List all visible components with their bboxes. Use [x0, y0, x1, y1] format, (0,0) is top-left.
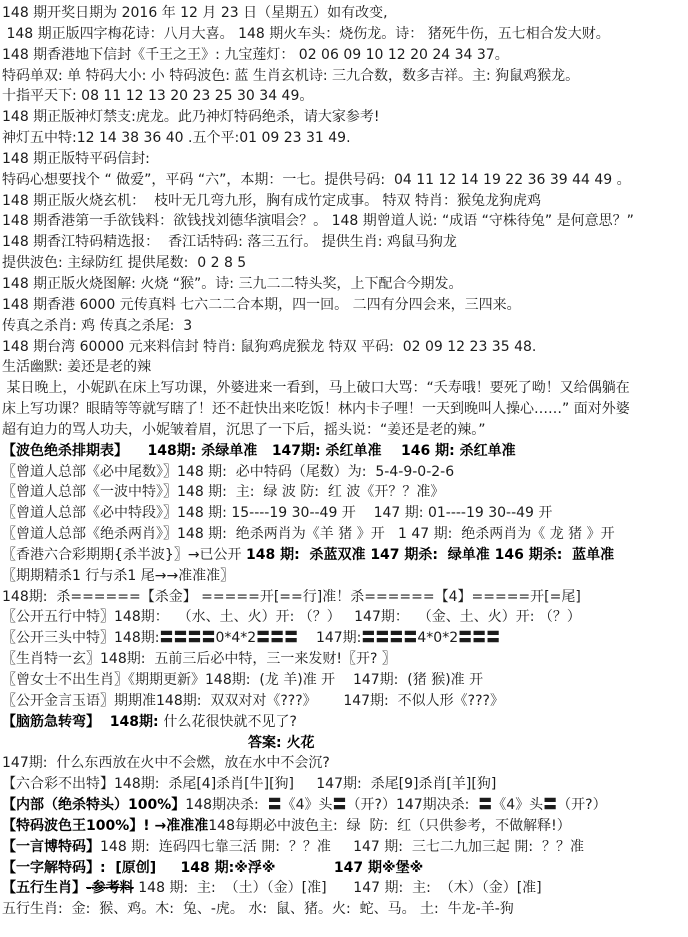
text-segment: 〖曾道人总部《一波中特》〗148 期: 主: 绿 波 防: 红 波《开？？准》 — [2, 484, 444, 500]
text-line: 148 期台湾 60000 元来料信封 特肖: 鼠狗鸡虎猴龙 特双 平码: 02… — [2, 337, 688, 358]
text-line: 〖公开三头中特〗148期:〓〓〓〓0*4*2〓〓〓 147期:〓〓〓〓4*0*2… — [2, 628, 688, 649]
text-segment: 〖曾道人总部《必中特段》〗148 期: 15----19 30--49 开 14… — [2, 505, 552, 521]
text-segment: 【一字解特码】: [原创] 148 期:※浮※ 147 期※堡※ — [2, 860, 423, 876]
text-line: 〖公开金言玉语〗期期准148期: 双双对对《???》 147期: 不似人形《??… — [2, 691, 688, 712]
text-segment: 148 期香江特码精选报： 香江话特码: 落三五行。 提供生肖: 鸡鼠马狗龙 — [2, 234, 457, 250]
text-line: 〖公开五行中特〗148期： （水、土、火）开: （？） 147期： （金、土、火… — [2, 607, 688, 628]
text-segment: 〖曾女士不出生肖〗《期期更新》148期: (龙 羊)准 开 147期: (猪 猴… — [2, 672, 483, 688]
text-line: 〖期期精杀1 行与杀1 尾→→准准准〗 — [2, 566, 688, 587]
text-line: 148 期正版神灯禁支:虎龙。此乃神灯特码绝杀，请大家参考! — [2, 107, 688, 128]
text-line: 【一字解特码】: [原创] 148 期:※浮※ 147 期※堡※ — [2, 858, 688, 879]
text-line: 【一言博特码】148 期: 连码四七靠三活 開: ？？准 147 期: 三七二九… — [2, 837, 688, 858]
text-segment: 〖曾道人总部《必中尾数》〗148 期: 必中特码（尾数）为: 5-4-9-0-2… — [2, 464, 454, 480]
text-segment: 床上写功课？眼睛等等就写瞎了！还不赶快出来吃饭！林内卡子哩！一天到晚叫人操心……… — [2, 401, 630, 417]
text-segment: 某日晚上，小妮趴在床上写功课，外婆进来一看到，马上破口大骂：“夭寿哦！要死了呦！… — [2, 380, 630, 396]
text-segment: 148 期: 连码四七靠三活 開: ？？准 147 期: 三七二九加三起 開: … — [100, 839, 584, 855]
text-line: 〖曾道人总部《必中尾数》〗148 期: 必中特码（尾数）为: 5-4-9-0-2… — [2, 462, 688, 483]
text-line: 【五行生肖】-参考料 148 期: 主: （土）（金）[准] 147 期: 主:… — [2, 878, 688, 899]
text-line: 148 期正版火烧图解: 火烧 “猴”。诗: 三九二二特头奖，上下配合今期发。 — [2, 274, 688, 295]
text-line: 神灯五中特:12 14 38 36 40 .五个平:01 09 23 31 49… — [2, 128, 688, 149]
text-line: 五行生肖: 金: 猴、鸡。木: 兔、-虎。 水: 鼠、猪。火: 蛇、马。 土: … — [2, 899, 688, 920]
text-line: 148 期香江特码精选报： 香江话特码: 落三五行。 提供生肖: 鸡鼠马狗龙 — [2, 232, 688, 253]
text-segment: 提供波色: 主绿防红 提供尾数: 0 2 8 5 — [2, 255, 246, 271]
text-segment: 五行生肖: 金: 猴、鸡。木: 兔、-虎。 水: 鼠、猪。火: 蛇、马。 土: … — [2, 901, 514, 917]
text-segment: 特码单双: 单 特码大小: 小 特码波色: 蓝 生肖玄机诗: 三九合数，数多吉祥… — [2, 68, 579, 84]
text-line: 〖生肖特一玄〗148期: 五前三后必中特，三一来发财!〖开? 〗 — [2, 649, 688, 670]
text-segment: 148 期正版特平码信封: — [2, 151, 150, 167]
text-segment: 〖生肖特一玄〗148期: 五前三后必中特，三一来发财!〖开? 〗 — [2, 651, 396, 667]
text-line: 〖曾道人总部《一波中特》〗148 期: 主: 绿 波 防: 红 波《开？？准》 — [2, 482, 688, 503]
text-segment: 147期: 什么东西放在火中不会燃，放在水中不会沉? — [2, 755, 330, 771]
text-line: 传真之杀肖: 鸡 传真之杀尾: 3 — [2, 316, 688, 337]
lottery-info-page: 148 期开奖日期为 2016 年 12 月 23 日（星期五）如有改变, 14… — [2, 3, 688, 920]
text-line: 〖曾道人总部《必中特段》〗148 期: 15----19 30--49 开 14… — [2, 503, 688, 524]
text-segment: 〖期期精杀1 行与杀1 尾→→准准准〗 — [2, 568, 234, 584]
text-segment: 传真之杀肖: 鸡 传真之杀尾: 3 — [2, 318, 192, 334]
text-segment: 生活幽默: 姜还是老的辣 — [2, 359, 151, 375]
text-line: 答案: 火花 — [2, 733, 688, 754]
text-line: 【波色绝杀排期表】 148期: 杀绿单准 147期: 杀红单准 146 期: 杀… — [2, 441, 688, 462]
text-line: 148 期香港 6000 元传真料 七六二二合本期，四一回。 二四有分四会来，三… — [2, 295, 688, 316]
text-segment: 超有迫力的骂人功夫，小妮皱着眉，沉思了一下后，摇头说：“姜还是老的辣。” — [2, 422, 486, 438]
text-line: 生活幽默: 姜还是老的辣 — [2, 357, 688, 378]
text-line: 147期: 什么东西放在火中不会燃，放在水中不会沉? — [2, 753, 688, 774]
text-line: 【内部（绝杀特头）100%】148期决杀: 〓《4》头〓（开?）147期决杀: … — [2, 795, 688, 816]
text-segment: 〖公开三头中特〗148期:〓〓〓〓0*4*2〓〓〓 147期:〓〓〓〓4*0*2… — [2, 630, 500, 646]
text-segment: 148期决杀: 〓《4》头〓（开?）147期决杀: 〓《4》头〓（开?） — [185, 797, 606, 813]
text-segment: 148 期开奖日期为 2016 年 12 月 23 日（星期五）如有改变, — [2, 5, 388, 21]
text-segment: 148 期台湾 60000 元来料信封 特肖: 鼠狗鸡虎猴龙 特双 平码: 02… — [2, 339, 536, 355]
text-line: 十指平天下: 08 11 12 13 20 23 25 30 34 49。 — [2, 86, 688, 107]
text-segment: 148 期: 主: （土）（金）[准] 147 期: 主: （木）（金）[准] — [134, 880, 542, 896]
text-segment: -参考料 — [86, 880, 134, 896]
text-segment: 特码心想要找个 “ 做爱”，平码 “六”，本期：一七。提供号码: 04 11 1… — [2, 172, 631, 188]
text-segment: 【五行生肖】 — [2, 880, 86, 896]
text-line: 〖曾道人总部《绝杀两肖》〗148 期: 绝杀两肖为《羊 猪 》开 1 47 期:… — [2, 524, 688, 545]
text-segment: 【一言博特码】 — [2, 839, 100, 855]
text-segment: 【脑筋急转弯】 148期: — [2, 714, 163, 730]
text-line: 某日晚上，小妮趴在床上写功课，外婆进来一看到，马上破口大骂：“夭寿哦！要死了呦！… — [2, 378, 688, 399]
text-segment: 【六合彩不出特】148期: 杀尾[4]杀肖[牛][狗] 147期: 杀尾[9]杀… — [2, 776, 496, 792]
text-segment: 148 期: 杀蓝双准 147 期杀: 绿单准 146 期杀: 蓝单准 — [246, 547, 614, 563]
text-segment: 〖曾道人总部《绝杀两肖》〗148 期: 绝杀两肖为《羊 猪 》开 1 47 期:… — [2, 526, 615, 542]
text-line: 148 期香港地下信封《千王之王》: 九宝莲灯： 02 06 09 10 12 … — [2, 45, 688, 66]
text-line: 〖香港六合彩期期{杀半波}〗→已公开 148 期: 杀蓝双准 147 期杀: 绿… — [2, 545, 688, 566]
text-segment: 148期: 杀======【杀金】 =====开[==行]准！杀======【4… — [2, 589, 581, 605]
text-segment: 〖公开五行中特〗148期： （水、土、火）开: （？） 147期： （金、土、火… — [2, 609, 581, 625]
text-segment: 148 期正版火烧图解: 火烧 “猴”。诗: 三九二二特头奖，上下配合今期发。 — [2, 276, 462, 292]
text-line: 148 期正版火烧玄机： 枝叶无几弯九形，胸有成竹定成事。 特双 特肖：猴兔龙狗… — [2, 191, 688, 212]
text-segment: 148 期正版四字梅花诗：八月大喜。 148 期火车头：烧伤龙。诗： 猪死牛伤，… — [2, 26, 610, 42]
text-segment: 答案: 火花 — [248, 735, 314, 751]
text-line: 特码心想要找个 “ 做爱”，平码 “六”，本期：一七。提供号码: 04 11 1… — [2, 170, 688, 191]
text-line: 148期: 杀======【杀金】 =====开[==行]准！杀======【4… — [2, 587, 688, 608]
text-segment: 神灯五中特:12 14 38 36 40 .五个平:01 09 23 31 49… — [2, 130, 351, 146]
text-line: 超有迫力的骂人功夫，小妮皱着眉，沉思了一下后，摇头说：“姜还是老的辣。” — [2, 420, 688, 441]
text-line: 148 期香港第一手欲钱料：欲钱找刘德华演唱会？。 148 期曾道人说: “成语… — [2, 211, 688, 232]
text-line: 床上写功课？眼睛等等就写瞎了！还不赶快出来吃饭！林内卡子哩！一天到晚叫人操心……… — [2, 399, 688, 420]
text-segment: 148 期香港第一手欲钱料：欲钱找刘德华演唱会？。 148 期曾道人说: “成语… — [2, 213, 634, 229]
text-segment: 148每期必中波色主: 绿 防: 红（只供参考，不做解释!） — [208, 818, 570, 834]
text-line: 〖曾女士不出生肖〗《期期更新》148期: (龙 羊)准 开 147期: (猪 猴… — [2, 670, 688, 691]
text-segment: 什么花很快就不见了? — [163, 714, 296, 730]
text-segment: 【特码波色王100%】! →准准准 — [2, 818, 208, 834]
text-segment: 〖香港六合彩期期{杀半波}〗→已公开 — [2, 547, 246, 563]
text-segment: 【波色绝杀排期表】 148期: 杀绿单准 147期: 杀红单准 146 期: 杀… — [2, 443, 516, 459]
text-line: 【脑筋急转弯】 148期: 什么花很快就不见了? — [2, 712, 688, 733]
text-line: 【特码波色王100%】! →准准准148每期必中波色主: 绿 防: 红（只供参考… — [2, 816, 688, 837]
text-line: 148 期正版四字梅花诗：八月大喜。 148 期火车头：烧伤龙。诗： 猪死牛伤，… — [2, 24, 688, 45]
text-line: 148 期开奖日期为 2016 年 12 月 23 日（星期五）如有改变, — [2, 3, 688, 24]
text-line: 148 期正版特平码信封: — [2, 149, 688, 170]
text-line: 提供波色: 主绿防红 提供尾数: 0 2 8 5 — [2, 253, 688, 274]
text-segment: 【内部（绝杀特头）100%】 — [2, 797, 185, 813]
text-segment: 〖公开金言玉语〗期期准148期: 双双对对《???》 147期: 不似人形《??… — [2, 693, 504, 709]
text-line: 【六合彩不出特】148期: 杀尾[4]杀肖[牛][狗] 147期: 杀尾[9]杀… — [2, 774, 688, 795]
text-segment: 148 期香港地下信封《千王之王》: 九宝莲灯： 02 06 09 10 12 … — [2, 47, 509, 63]
text-line: 特码单双: 单 特码大小: 小 特码波色: 蓝 生肖玄机诗: 三九合数，数多吉祥… — [2, 66, 688, 87]
text-segment: 十指平天下: 08 11 12 13 20 23 25 30 34 49。 — [2, 88, 313, 104]
text-segment: 148 期香港 6000 元传真料 七六二二合本期，四一回。 二四有分四会来，三… — [2, 297, 521, 313]
text-segment: 148 期正版火烧玄机： 枝叶无几弯九形，胸有成竹定成事。 特双 特肖：猴兔龙狗… — [2, 193, 541, 209]
text-segment: 148 期正版神灯禁支:虎龙。此乃神灯特码绝杀，请大家参考! — [2, 109, 380, 125]
